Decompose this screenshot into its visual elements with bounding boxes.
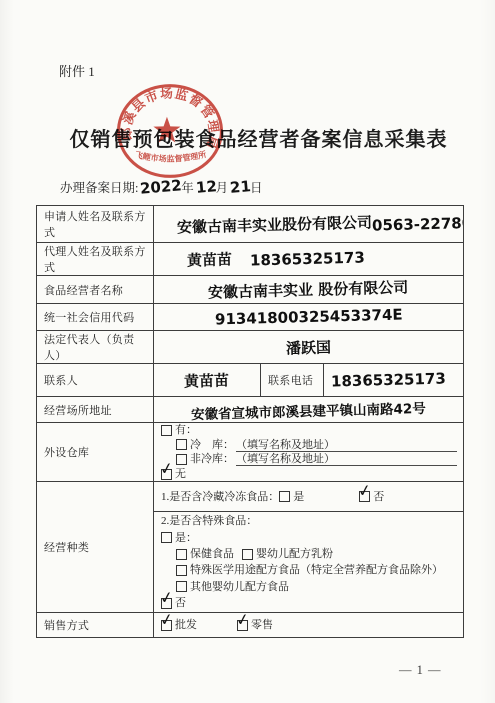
page-title: 仅销售预包装食品经营者备案信息采集表 xyxy=(0,123,495,152)
row-contact: 联系人 黄苗苗 联系电话 18365325173 xyxy=(37,364,464,397)
warehouse-none-line: ✓ 无 xyxy=(161,467,461,482)
applicant-phone-value: 0563-2278000 xyxy=(372,213,464,234)
warehouse-cold-line: 冷 库： （填写名称及地址） xyxy=(161,438,461,453)
wholesale-label: 批发 xyxy=(175,617,197,633)
row-credit-code: 统一社会信用代码 91341800325453374E xyxy=(37,304,464,331)
q1-yes-label: 是 xyxy=(293,489,304,505)
q2-no-line: ✓ 否 xyxy=(161,595,461,611)
operator-name-value-cell: 安徽古南丰实业 股份有限公司 xyxy=(154,276,464,304)
filing-date-prefix: 办理备案日期: xyxy=(60,181,138,195)
retail-label: 零售 xyxy=(251,617,273,633)
row-operator-name: 食品经营者名称 安徽古南丰实业 股份有限公司 xyxy=(37,276,464,304)
sales-method-cell: ✓ 批发 ✓ 零售 xyxy=(154,613,464,638)
row-applicant: 申请人姓名及联系方式 安徽古南丰实业股份有限公司 0563-2278000 xyxy=(37,206,464,243)
contact-name-cell: 黄苗苗 xyxy=(154,364,261,397)
checkmark-icon: ✓ xyxy=(357,482,373,500)
business-q1-line: 1.是否含冷藏冷冻食品： 是 ✓ 否 xyxy=(161,489,461,505)
special-medical-food-label: 特殊医学用途配方食品（特定全营养配方食品除外） xyxy=(190,562,443,578)
page-number: — 1 — xyxy=(399,663,442,678)
business-q1-cell: 1.是否含冷藏冷冻食品： 是 ✓ 否 xyxy=(154,482,464,512)
checkbox-q1-no: ✓ xyxy=(359,491,370,502)
warehouse-noncold-line: 非冷库： （填写名称及地址） xyxy=(161,452,461,467)
business-type-label: 经营种类 xyxy=(37,482,154,613)
filing-date-year-value: 2022 xyxy=(140,178,183,197)
cold-storage-hint: （填写名称及地址） xyxy=(236,439,335,451)
address-label: 经营场所地址 xyxy=(37,397,154,423)
legal-rep-value-cell: 潘跃国 xyxy=(154,331,464,364)
q2-yes-line: 是： xyxy=(161,530,461,546)
checkbox-cold-storage xyxy=(176,439,187,450)
applicant-value-cell: 安徽古南丰实业股份有限公司 0563-2278000 xyxy=(154,206,464,243)
checkbox-health-food xyxy=(176,549,187,560)
registration-form-table: 申请人姓名及联系方式 安徽古南丰实业股份有限公司 0563-2278000 代理… xyxy=(36,205,464,638)
cold-storage-label: 冷 库： xyxy=(190,438,234,453)
sales-method-line: ✓ 批发 ✓ 零售 xyxy=(161,617,461,633)
checkbox-warehouse-has xyxy=(161,425,172,436)
q1-question-text: 1.是否含冷藏冷冻食品： xyxy=(161,489,279,505)
contact-phone-label: 联系电话 xyxy=(261,364,324,397)
q2-item-line-1: 保健食品 婴幼儿配方乳粉 xyxy=(161,546,461,562)
credit-code-value: 91341800325453374E xyxy=(214,306,402,329)
row-agent: 代理人姓名及联系方式 黄苗苗 18365325173 xyxy=(37,243,464,276)
checkmark-icon: ✓ xyxy=(159,460,175,478)
checkbox-wholesale: ✓ xyxy=(161,620,172,631)
q1-no-label: 否 xyxy=(373,489,384,505)
health-food-label: 保健食品 xyxy=(190,546,234,562)
agent-value-cell: 黄苗苗 18365325173 xyxy=(154,243,464,276)
filing-date-month-unit: 月 xyxy=(216,181,229,195)
checkbox-infant-formula-milk xyxy=(242,549,253,560)
checkmark-icon: ✓ xyxy=(235,613,251,629)
q2-yes-label: 是： xyxy=(175,530,197,546)
legal-rep-label: 法定代表人（负责人） xyxy=(37,331,154,364)
q2-question-text: 2.是否含特殊食品： xyxy=(161,513,257,529)
svg-text:郎溪县市场监督管理局: 郎溪县市场监督管理局 xyxy=(119,85,222,151)
checkbox-special-medical-food xyxy=(176,565,187,576)
contact-name-value: 黄苗苗 xyxy=(184,369,230,391)
checkbox-retail: ✓ xyxy=(237,620,248,631)
checkbox-other-infant-formula xyxy=(176,581,187,592)
warehouse-label: 外设仓库 xyxy=(37,423,154,482)
q2-question-line: 2.是否含特殊食品： xyxy=(161,513,461,529)
operator-name-value: 安徽古南丰实业 股份有限公司 xyxy=(208,276,409,302)
infant-formula-milk-label: 婴幼儿配方乳粉 xyxy=(256,546,333,562)
filing-date-line: 办理备案日期:2022年12月21日 xyxy=(60,178,263,196)
legal-rep-value: 潘跃国 xyxy=(286,336,332,358)
checkbox-noncold-storage xyxy=(176,454,187,465)
applicant-name-value: 安徽古南丰实业股份有限公司 xyxy=(177,211,372,237)
contact-label: 联系人 xyxy=(37,364,154,397)
stamp-outer-text: 郎溪县市场监督管理局 xyxy=(119,85,222,151)
cold-storage-fill-line: （填写名称及地址） xyxy=(236,438,457,452)
noncold-storage-hint: （填写名称及地址） xyxy=(236,453,335,465)
checkmark-icon: ✓ xyxy=(159,613,175,629)
business-q2-cell: 2.是否含特殊食品： 是： 保健食品 婴幼儿配方乳粉 特殊医学用途配方食品（特定… xyxy=(154,512,464,613)
warehouse-none-label: 无 xyxy=(175,467,186,482)
address-value-cell: 安徽省宣城市郎溪县建平镇山南路42号 xyxy=(154,397,464,423)
official-round-stamp: 郎溪县市场监督管理局 飞鲤市场监督管理所 xyxy=(116,83,224,179)
noncold-storage-fill-line: （填写名称及地址） xyxy=(236,452,457,466)
stamp-inner-text: 飞鲤市场监督管理所 xyxy=(134,149,208,164)
row-legal-rep: 法定代表人（负责人） 潘跃国 xyxy=(37,331,464,364)
q2-item-line-2: 特殊医学用途配方食品（特定全营养配方食品除外） xyxy=(161,562,461,578)
row-sales-method: 销售方式 ✓ 批发 ✓ 零售 xyxy=(37,613,464,638)
agent-phone-value: 18365325173 xyxy=(250,249,365,270)
row-address: 经营场所地址 安徽省宣城市郎溪县建平镇山南路42号 xyxy=(37,397,464,423)
filing-date-month-value: 12 xyxy=(195,179,217,196)
q2-no-label: 否 xyxy=(175,595,186,611)
filing-date-day-value: 21 xyxy=(230,179,252,196)
other-infant-formula-label: 其他婴幼儿配方食品 xyxy=(190,579,289,595)
attachment-label: 附件 1 xyxy=(59,61,95,80)
applicant-label: 申请人姓名及联系方式 xyxy=(37,206,154,243)
noncold-storage-label: 非冷库： xyxy=(190,452,234,467)
address-value: 安徽省宣城市郎溪县建平镇山南路42号 xyxy=(191,397,426,423)
checkbox-q2-no: ✓ xyxy=(161,598,172,609)
scanned-form-page: 附件 1 仅销售预包装食品经营者备案信息采集表 办理备案日期:2022年12月2… xyxy=(0,0,495,703)
credit-code-value-cell: 91341800325453374E xyxy=(154,304,464,331)
checkmark-icon: ✓ xyxy=(159,589,175,607)
row-warehouse: 外设仓库 有： 冷 库： （填写名称及地址） 非冷库： （填写名称及地址） xyxy=(37,423,464,482)
credit-code-label: 统一社会信用代码 xyxy=(37,304,154,331)
agent-name-value: 黄苗苗 xyxy=(187,248,233,270)
contact-phone-value: 18365325173 xyxy=(331,370,446,391)
operator-name-label: 食品经营者名称 xyxy=(37,276,154,304)
warehouse-has-line: 有： xyxy=(161,423,461,438)
warehouse-has-label: 有： xyxy=(175,423,197,438)
agent-label: 代理人姓名及联系方式 xyxy=(37,243,154,276)
row-business-q1: 经营种类 1.是否含冷藏冷冻食品： 是 ✓ 否 xyxy=(37,482,464,512)
filing-date-day-unit: 日 xyxy=(250,181,263,195)
svg-text:飞鲤市场监督管理所: 飞鲤市场监督管理所 xyxy=(134,149,208,164)
warehouse-options-cell: 有： 冷 库： （填写名称及地址） 非冷库： （填写名称及地址） ✓ 无 xyxy=(154,423,464,482)
sales-method-label: 销售方式 xyxy=(37,613,154,638)
checkbox-q2-yes xyxy=(161,532,172,543)
checkbox-warehouse-none: ✓ xyxy=(161,469,172,480)
contact-phone-cell: 18365325173 xyxy=(324,364,464,397)
checkbox-q1-yes xyxy=(279,491,290,502)
star-icon xyxy=(153,117,180,143)
filing-date-year-unit: 年 xyxy=(181,181,194,195)
q2-item-line-3: 其他婴幼儿配方食品 xyxy=(161,579,461,595)
